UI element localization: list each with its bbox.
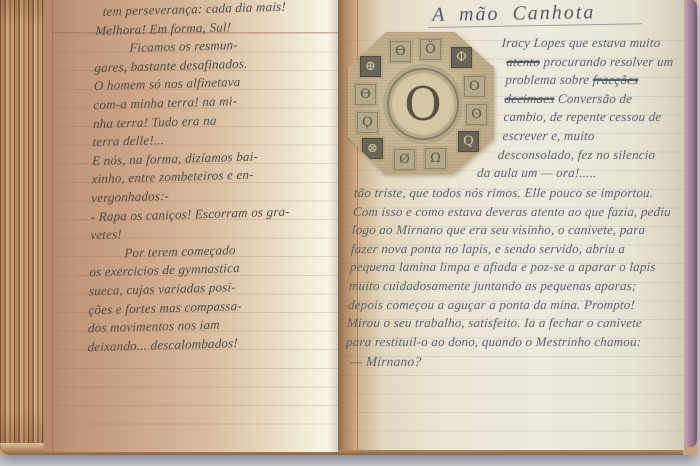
text-segment: tão triste, que todos nós rimos. Elle po…	[346, 185, 672, 349]
gutter-shadow	[328, 0, 338, 455]
text-segment: Iracy Lopes que estava muito	[501, 35, 660, 50]
book-cover-edge	[684, 0, 697, 447]
right-page: A mão Canhota ⊕ѲÖФƟǪ⊗OʘQØΩ O Iracy Lopes…	[338, 0, 684, 450]
left-page-edge-stack	[0, 0, 44, 455]
right-page-handwriting: A mão Canhota ⊕ѲÖФƟǪ⊗OʘQØΩ O Iracy Lopes…	[360, 4, 672, 372]
margin-line	[52, 0, 53, 452]
open-notebook: tem perseverança: cada dia mais!Melhora!…	[0, 0, 697, 455]
notebook-photo: tem perseverança: cada dia mais!Melhora!…	[0, 0, 700, 466]
paragraph-1: Iracy Lopes que estava muito atento proc…	[356, 34, 676, 183]
closing-line: — Mirnano?	[350, 353, 673, 372]
left-page: tem perseverança: cada dia mais!Melhora!…	[44, 0, 338, 452]
paragraph-2: tão triste, que todos nós rimos. Elle po…	[346, 184, 677, 351]
struck-text: atento	[506, 54, 540, 69]
left-page-handwriting: tem perseverança: cada dia mais!Melhora!…	[87, 0, 354, 357]
